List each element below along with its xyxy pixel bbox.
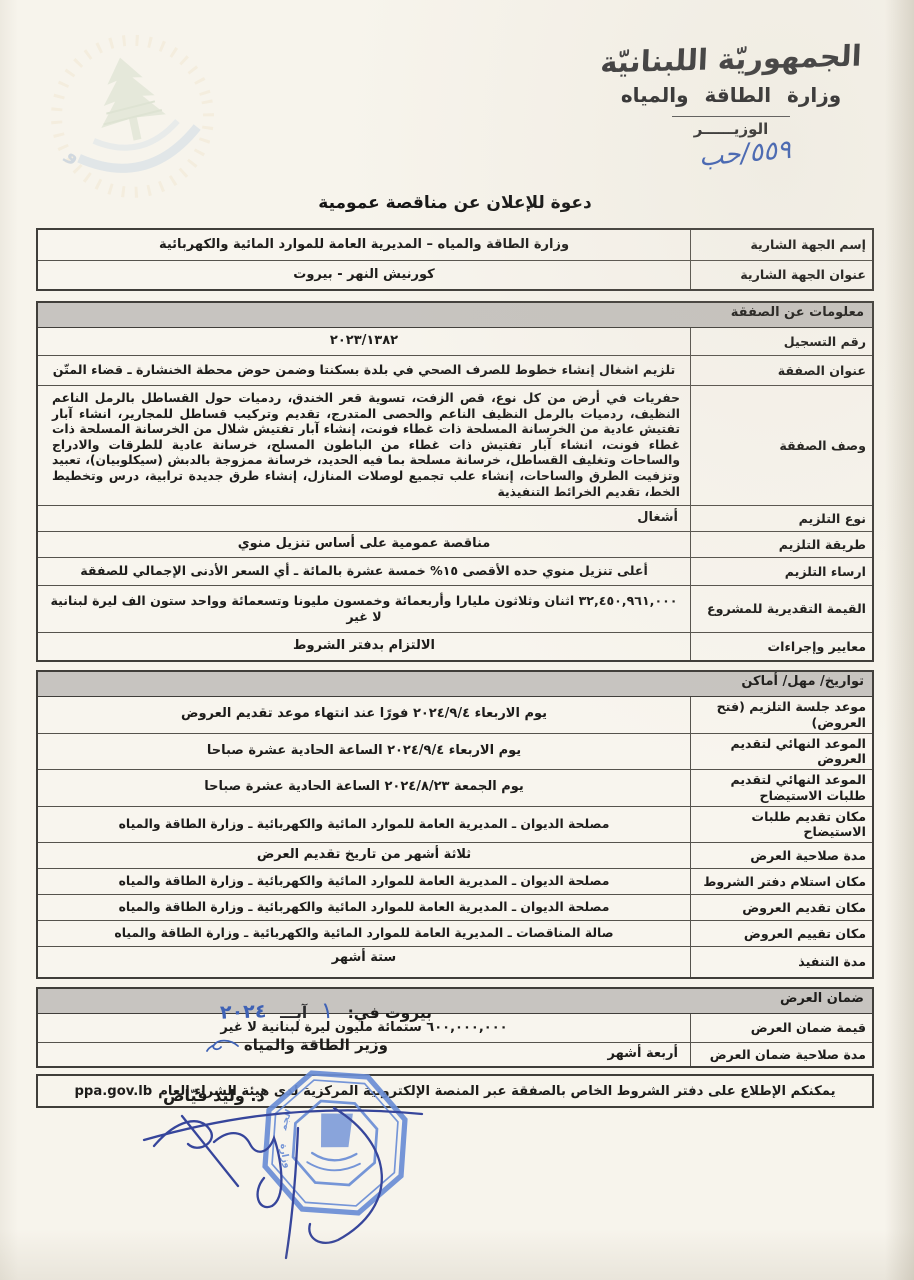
table-row: مدة صلاحية العرض ثلاثة أشهر من تاريخ تقد… xyxy=(38,842,872,868)
row-label: مكان استلام دفتر الشروط xyxy=(690,869,872,894)
letterhead: الجمهوريّة اللبنانيّة وزارة الطاقة والمي… xyxy=(578,42,884,170)
row-label: معايير وإجراءات xyxy=(690,633,872,660)
table-row: طريقة التلزيم مناقصة عمومية على أساس تنز… xyxy=(38,531,872,557)
table-row: مكان تقديم طلبات الاستيضاح مصلحة الديوان… xyxy=(38,806,872,842)
row-value: يوم الجمعة ٢٠٢٤/٨/٢٣ الساعة الحادية عشرة… xyxy=(38,770,690,805)
minister-title: وزير الطاقة والمياه xyxy=(244,1036,388,1054)
row-label: عنوان الصفقة xyxy=(690,356,872,385)
minister-signature xyxy=(138,1088,448,1263)
scanned-tender-document: وزارة الطاقة والمياه الجمهوريّة اللبناني… xyxy=(0,0,914,1280)
row-label: عنوان الجهة الشارية xyxy=(690,261,872,289)
table-row: مكان تقييم العروض صالة المناقصات ـ المدي… xyxy=(38,920,872,946)
row-value: مصلحة الديوان ـ المديرية العامة للموارد … xyxy=(38,807,690,842)
row-label: قيمة ضمان العرض xyxy=(690,1014,872,1042)
row-value: ٢٠٢٣/١٣٨٢ xyxy=(38,328,690,355)
dates-places-table: تواريخ/ مهل/ أماكن موعد جلسة التلزيم (فت… xyxy=(36,670,874,979)
row-label: مكان تقديم طلبات الاستيضاح xyxy=(690,807,872,842)
row-label: إسم الجهة الشارية xyxy=(690,230,872,260)
row-value: مصلحة الديوان ـ المديرية العامة للموارد … xyxy=(38,869,690,894)
tables-area: إسم الجهة الشارية وزارة الطاقة والمياه –… xyxy=(36,228,874,1108)
section-header-deal-info: معلومات عن الصفقة xyxy=(38,303,872,328)
row-value: تلزيم اشغال إنشاء خطوط للصرف الصحي في بل… xyxy=(38,356,690,385)
row-value: ٣٢,٤٥٠,٩٦١,٠٠٠ اثنان وثلاثون مليارا وأرب… xyxy=(38,586,690,632)
ministry-name: وزارة الطاقة والمياه xyxy=(578,83,884,107)
table-row: مكان استلام دفتر الشروط مصلحة الديوان ـ … xyxy=(38,868,872,894)
row-value: وزارة الطاقة والمياه – المديرية العامة ل… xyxy=(38,230,690,260)
row-label: مدة التنفيذ xyxy=(690,947,872,977)
row-value: صالة المناقصات ـ المديرية العامة للموارد… xyxy=(38,921,690,946)
table-row: الموعد النهائي لتقديم طلبات الاستيضاح يو… xyxy=(38,769,872,805)
row-label: مدة صلاحية العرض xyxy=(690,843,872,868)
table-row: الموعد النهائي لتقديم العروض يوم الاربعا… xyxy=(38,733,872,769)
row-label: الموعد النهائي لتقديم العروض xyxy=(690,734,872,769)
row-label: موعد جلسة التلزيم (فتح العروض) xyxy=(690,697,872,732)
row-value: مصلحة الديوان ـ المديرية العامة للموارد … xyxy=(38,895,690,920)
row-label: مكان تقديم العروض xyxy=(690,895,872,920)
row-value: الالتزام بدفتر الشروط xyxy=(38,633,690,660)
row-value: يوم الاربعاء ٢٠٢٤/٩/٤ فورًا عند انتهاء م… xyxy=(38,697,690,732)
letterhead-divider xyxy=(672,116,790,117)
republic-title: الجمهوريّة اللبنانيّة xyxy=(577,38,884,80)
handwritten-year: ٢٠٢٤ xyxy=(219,1000,266,1024)
city-date-label: بيروت في: xyxy=(348,1004,432,1022)
row-value: أشغال xyxy=(38,506,690,531)
row-label: نوع التلزيم xyxy=(690,506,872,531)
date-line: بيروت في: ١ آبـــ ٢٠٢٤ xyxy=(160,998,432,1024)
table-row: نوع التلزيم أشغال xyxy=(38,505,872,531)
row-value: حفريات في أرض من كل نوع، قص الزفت، تسوية… xyxy=(38,386,690,505)
table-row: معايير وإجراءات الالتزام بدفتر الشروط xyxy=(38,632,872,660)
table-row: وصف الصفقة حفريات في أرض من كل نوع، قص ا… xyxy=(38,385,872,505)
row-label: الموعد النهائي لتقديم طلبات الاستيضاح xyxy=(690,770,872,805)
row-label: القيمة التقديرية للمشروع xyxy=(690,586,872,632)
handwritten-day: ١ xyxy=(321,998,335,1025)
table-row: عنوان الجهة الشارية كورنيش النهر - بيروت xyxy=(38,260,872,289)
row-label: مدة صلاحية ضمان العرض xyxy=(690,1043,872,1066)
row-value: ستة أشهر xyxy=(38,947,690,977)
ink-scribble xyxy=(206,1037,240,1053)
section-header-dates: تواريخ/ مهل/ أماكن xyxy=(38,672,872,697)
table-row: مكان تقديم العروض مصلحة الديوان ـ المدير… xyxy=(38,894,872,920)
document-title: دعوة للإعلان عن مناقصة عمومية xyxy=(36,193,874,213)
table-row: القيمة التقديرية للمشروع ٣٢,٤٥٠,٩٦١,٠٠٠ … xyxy=(38,585,872,632)
row-label: رقم التسجيل xyxy=(690,328,872,355)
table-row: إسم الجهة الشارية وزارة الطاقة والمياه –… xyxy=(38,230,872,260)
table-row: ارساء التلزيم أعلى تنزيل منوي حده الأقصى… xyxy=(38,557,872,585)
table-row: مدة صلاحية ضمان العرض أربعة أشهر xyxy=(38,1042,872,1066)
row-value: مناقصة عمومية على أساس تنزيل منوي xyxy=(38,532,690,557)
cedar-tree-icon xyxy=(88,51,170,147)
minister-title-line: وزير الطاقة والمياه xyxy=(188,1036,388,1054)
row-label: طريقة التلزيم xyxy=(690,532,872,557)
deal-info-table: معلومات عن الصفقة رقم التسجيل ٢٠٢٣/١٣٨٢ … xyxy=(36,301,874,662)
row-value: أعلى تنزيل منوي حده الأقصى ١٥% خمسة عشرة… xyxy=(38,558,690,585)
table-row: مدة التنفيذ ستة أشهر xyxy=(38,946,872,977)
row-label: مكان تقييم العروض xyxy=(690,921,872,946)
row-label: ارساء التلزيم xyxy=(690,558,872,585)
row-value: يوم الاربعاء ٢٠٢٤/٩/٤ الساعة الحادية عشر… xyxy=(38,734,690,769)
table-row: رقم التسجيل ٢٠٢٣/١٣٨٢ xyxy=(38,328,872,355)
table-row: عنوان الصفقة تلزيم اشغال إنشاء خطوط للصر… xyxy=(38,355,872,385)
row-value: ثلاثة أشهر من تاريخ تقديم العرض xyxy=(38,843,690,868)
month-name: آبـــ xyxy=(280,1004,307,1022)
table-row: موعد جلسة التلزيم (فتح العروض) يوم الارب… xyxy=(38,697,872,732)
row-value: كورنيش النهر - بيروت xyxy=(38,261,690,289)
row-label: وصف الصفقة xyxy=(690,386,872,505)
logo-caption-text: وزارة الطاقة والمياه xyxy=(40,28,88,175)
buyer-table: إسم الجهة الشارية وزارة الطاقة والمياه –… xyxy=(36,228,874,291)
